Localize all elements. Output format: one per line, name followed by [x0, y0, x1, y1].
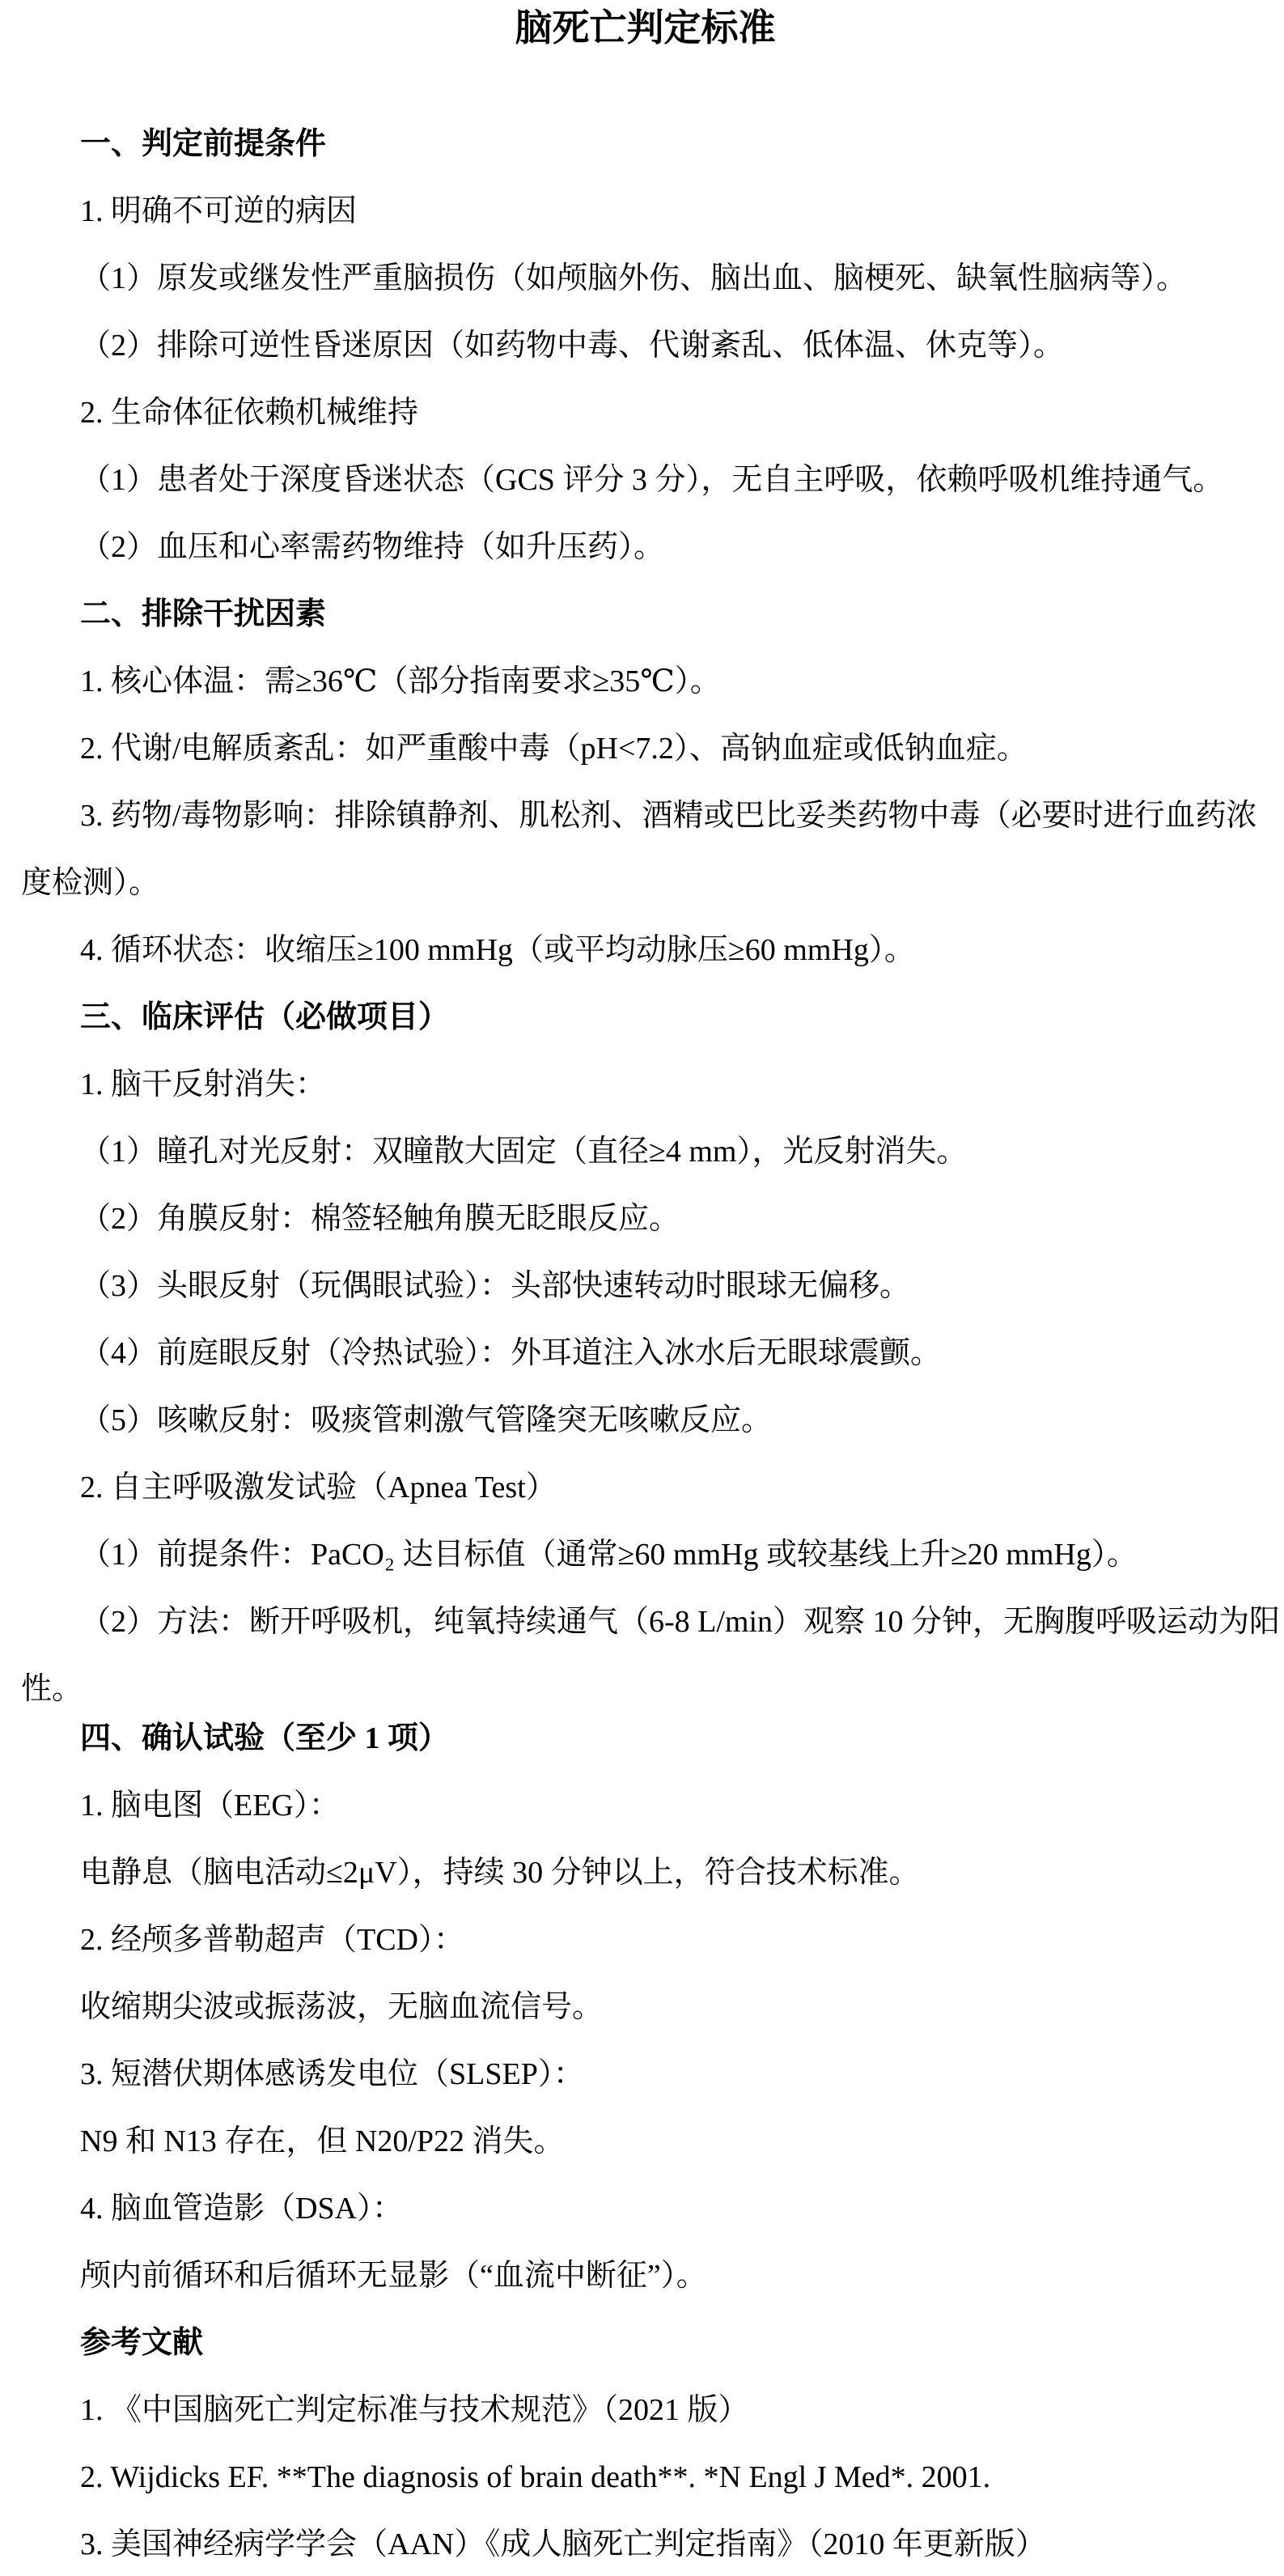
text-line: 2. 生命体征依赖机械维持 — [21, 380, 1269, 447]
text-line: 1. 脑电图（EEG）： — [21, 1772, 1269, 1840]
text-line: 2. 代谢/电解质紊乱：如严重酸中毒（pH<7.2）、高钠血症或低钠血症。 — [21, 715, 1269, 783]
document-page: 脑死亡判定标准 一、判定前提条件 1. 明确不可逆的病因 （1）原发或继发性严重… — [0, 0, 1284, 2576]
text-line: （1）前提条件：PaCO₂ 达目标值（通常≥60 mmHg 或较基线上升≥20 … — [21, 1521, 1269, 1589]
continuation-line: 度检测）。 — [21, 850, 1269, 917]
text-line: （4）前庭眼反射（冷热试验）：外耳道注入冰水后无眼球震颤。 — [21, 1320, 1269, 1387]
text-line: 3. 短潜伏期体感诱发电位（SLSEP）： — [21, 2041, 1269, 2108]
references-heading: 参考文献 — [21, 2310, 1269, 2377]
text-line: （2）血压和心率需药物维持（如升压药）。 — [21, 514, 1269, 581]
text-line: 4. 循环状态：收缩压≥100 mmHg（或平均动脉压≥60 mmHg）。 — [21, 917, 1269, 984]
section-heading-4: 四、确认试验（至少 1 项） — [21, 1705, 1269, 1772]
text-line: （1）患者处于深度昏迷状态（GCS 评分 3 分），无自主呼吸，依赖呼吸机维持通… — [21, 447, 1269, 514]
text-line: 颅内前循环和后循环无显影（“血流中断征”）。 — [21, 2243, 1269, 2310]
text-line: 收缩期尖波或振荡波，无脑血流信号。 — [21, 1974, 1269, 2041]
reference-item: 3. 美国神经病学学会（AAN）《成人脑死亡判定指南》（2010 年更新版） — [21, 2511, 1269, 2576]
text-line: 1. 明确不可逆的病因 — [21, 178, 1269, 245]
text-line: （2）角膜反射：棉签轻触角膜无眨眼反应。 — [21, 1186, 1269, 1253]
text-line: （2）方法：断开呼吸机，纯氧持续通气（6-8 L/min）观察 10 分钟，无胸… — [21, 1589, 1269, 1656]
text-line: （3）头眼反射（玩偶眼试验）：头部快速转动时眼球无偏移。 — [21, 1253, 1269, 1320]
text-line: 3. 药物/毒物影响：排除镇静剂、肌松剂、酒精或巴比妥类药物中毒（必要时进行血药… — [21, 783, 1269, 850]
section-heading-2: 二、排除干扰因素 — [21, 581, 1269, 648]
section-heading-1: 一、判定前提条件 — [21, 111, 1269, 178]
text-line: N9 和 N13 存在，但 N20/P22 消失。 — [21, 2108, 1269, 2175]
text-line: （1）原发或继发性严重脑损伤（如颅脑外伤、脑出血、脑梗死、缺氧性脑病等）。 — [21, 245, 1269, 312]
text-line: 2. 经颅多普勒超声（TCD）： — [21, 1907, 1269, 1974]
text-line: （1）瞳孔对光反射：双瞳散大固定（直径≥4 mm），光反射消失。 — [21, 1118, 1269, 1186]
text-line: （5）咳嗽反射：吸痰管刺激气管隆突无咳嗽反应。 — [21, 1387, 1269, 1454]
text-line: 2. 自主呼吸激发试验（Apnea Test） — [21, 1454, 1269, 1521]
text-line: 1. 核心体温：需≥36℃（部分指南要求≥35℃）。 — [21, 648, 1269, 715]
text-line: 4. 脑血管造影（DSA）： — [21, 2175, 1269, 2243]
text-line: （2）排除可逆性昏迷原因（如药物中毒、代谢紊乱、低体温、休克等）。 — [21, 312, 1269, 380]
document-title: 脑死亡判定标准 — [21, 0, 1269, 111]
section-heading-3: 三、临床评估（必做项目） — [21, 984, 1269, 1051]
text-line: 1. 脑干反射消失： — [21, 1051, 1269, 1118]
text-line: 电静息（脑电活动≤2μV），持续 30 分钟以上，符合技术标准。 — [21, 1840, 1269, 1907]
reference-item: 1. 《中国脑死亡判定标准与技术规范》（2021 版） — [21, 2377, 1269, 2444]
reference-item: 2. Wijdicks EF. **The diagnosis of brain… — [21, 2444, 1269, 2511]
